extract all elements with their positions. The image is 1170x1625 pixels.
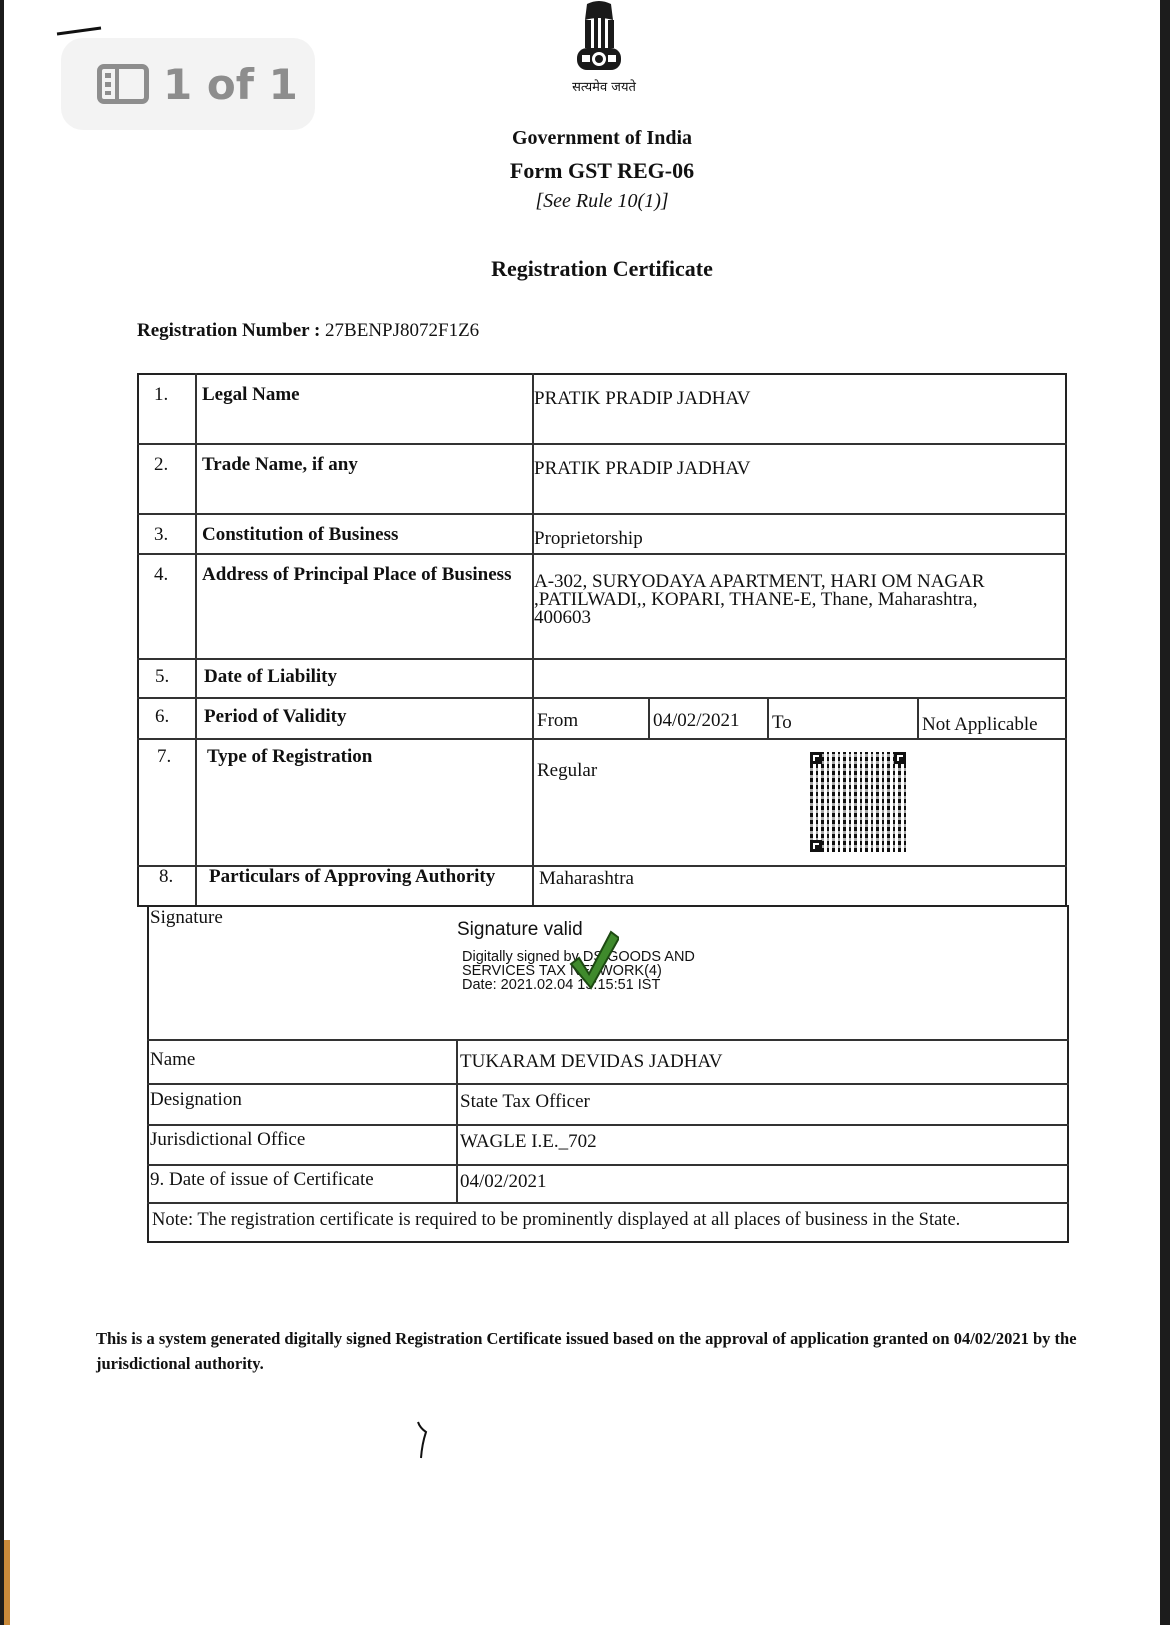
registration-number-label: Registration Number : xyxy=(137,320,320,341)
row-label: Address of Principal Place of Business xyxy=(202,565,522,585)
table-divider xyxy=(456,1039,458,1202)
government-heading: Government of India xyxy=(4,127,1170,150)
table-divider xyxy=(137,738,1067,740)
table-divider xyxy=(137,697,1067,699)
page-edge xyxy=(4,1540,10,1625)
row-number: 1. xyxy=(154,385,168,405)
row-value: A-302, SURYODAYA APARTMENT, HARI OM NAGA… xyxy=(534,573,1034,627)
validity-from-label: From xyxy=(537,711,578,731)
row-number: 6. xyxy=(155,707,169,727)
table-divider xyxy=(147,1039,1069,1041)
system-generated-note: This is a system generated digitally sig… xyxy=(96,1326,1126,1376)
row-number: 5. xyxy=(155,667,169,687)
table-divider xyxy=(147,1202,1069,1204)
row-label: Legal Name xyxy=(202,385,300,405)
row-label: Particulars of Approving Authority xyxy=(209,867,495,887)
rule-reference: [See Rule 10(1)] xyxy=(4,190,1170,213)
check-mark-icon xyxy=(569,928,619,990)
registration-number: Registration Number : 27BENPJ8072F1Z6 xyxy=(137,320,479,342)
table-divider xyxy=(648,697,650,738)
row-number: 8. xyxy=(159,867,173,887)
row-label: Date of Liability xyxy=(204,667,337,687)
emblem-motto: सत्यमेव जयते xyxy=(564,77,644,95)
page-indicator[interactable]: 1 of 1 xyxy=(61,38,315,130)
table-divider xyxy=(147,1164,1069,1166)
row-value: PRATIK PRADIP JADHAV xyxy=(534,459,750,479)
row-label: Type of Registration xyxy=(207,747,372,767)
officer-value: 04/02/2021 xyxy=(460,1172,547,1192)
page-count: 1 of 1 xyxy=(163,60,298,109)
table-divider xyxy=(532,373,534,907)
officer-label: Designation xyxy=(150,1090,242,1110)
row-value: Regular xyxy=(537,761,597,781)
table-divider xyxy=(147,1083,1069,1085)
pen-mark xyxy=(416,1420,430,1460)
table-divider xyxy=(195,373,197,907)
validity-from-date: 04/02/2021 xyxy=(653,711,740,731)
row-value: Maharashtra xyxy=(539,869,634,889)
form-heading: Form GST REG-06 xyxy=(4,158,1170,184)
officer-value: TUKARAM DEVIDAS JADHAV xyxy=(460,1052,723,1072)
row-value: PRATIK PRADIP JADHAV xyxy=(534,389,750,409)
row-number: 2. xyxy=(154,455,168,475)
validity-to-value: Not Applicable xyxy=(922,715,1038,735)
registration-number-value: 27BENPJ8072F1Z6 xyxy=(325,320,479,341)
signature-status: Signature valid xyxy=(457,919,583,941)
table-divider xyxy=(137,513,1067,515)
validity-to-label: To xyxy=(772,713,792,733)
officer-value: WAGLE I.E._702 xyxy=(460,1132,597,1152)
table-divider xyxy=(917,697,919,738)
officer-label: Jurisdictional Office xyxy=(150,1130,305,1150)
row-number: 3. xyxy=(154,525,168,545)
table-divider xyxy=(137,658,1067,660)
certificate-title: Registration Certificate xyxy=(4,256,1170,282)
row-label: Period of Validity xyxy=(204,707,347,727)
table-divider xyxy=(137,443,1067,445)
officer-label: 9. Date of issue of Certificate xyxy=(150,1170,374,1190)
officer-label: Name xyxy=(150,1050,195,1070)
page-sidebar-icon xyxy=(97,64,149,104)
display-note: Note: The registration certificate is re… xyxy=(152,1210,960,1230)
pen-mark xyxy=(56,26,108,36)
row-value: Proprietorship xyxy=(534,529,643,549)
row-label: Trade Name, if any xyxy=(202,455,358,475)
document-page: 1 of 1 सत्यमेव जयते Government of India … xyxy=(4,0,1160,1625)
row-number: 7. xyxy=(157,747,171,767)
row-number: 4. xyxy=(154,565,168,585)
table-divider xyxy=(147,1124,1069,1126)
national-emblem-icon xyxy=(567,0,631,76)
signature-label: Signature xyxy=(150,908,223,928)
officer-value: State Tax Officer xyxy=(460,1092,590,1112)
table-divider xyxy=(767,697,769,738)
table-divider xyxy=(137,553,1067,555)
row-label: Constitution of Business xyxy=(202,525,398,545)
